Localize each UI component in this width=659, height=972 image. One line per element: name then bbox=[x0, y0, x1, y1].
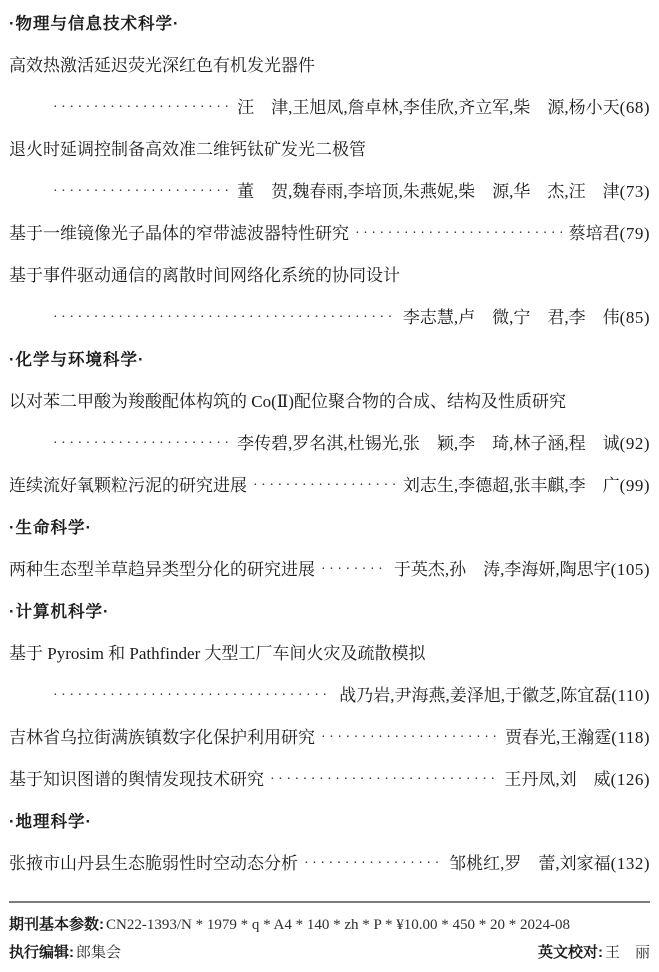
article-page-number: (132) bbox=[611, 853, 650, 875]
article-page-number: (118) bbox=[611, 727, 650, 749]
article-authors: 李志慧,卢 微,宁 君,李 伟 bbox=[403, 307, 620, 329]
article-authors: 蔡培君 bbox=[569, 223, 620, 245]
toc-entry: 基于知识图谱的舆情发现技术研究 王丹凤,刘 威 (126) bbox=[9, 769, 650, 791]
article-title: 吉林省乌拉街满族镇数字化保护利用研究 bbox=[9, 727, 315, 749]
article-title: 两种生态型羊草趋异类型分化的研究进展 bbox=[9, 559, 315, 581]
journal-toc-page: ·物理与信息技术科学· 高效热激活延迟荧光深红色有机发光器件 汪 津,王旭凤,詹… bbox=[0, 0, 659, 972]
article-title: 退火时延调控制备高效准二维钙钛矿发光二极管 bbox=[9, 139, 366, 161]
toc-entry: 吉林省乌拉街满族镇数字化保护利用研究 贾春光,王瀚霆 (118) bbox=[9, 727, 650, 749]
dot-leader bbox=[53, 95, 230, 119]
dot-leader bbox=[253, 473, 396, 497]
dot-leader bbox=[53, 179, 230, 203]
dot-leader bbox=[53, 305, 396, 329]
executive-editor: 执行编辑: 郎集会 bbox=[9, 941, 121, 962]
section-header-physics: ·物理与信息技术科学· bbox=[9, 13, 650, 35]
toc-entry-authors: 李传碧,罗名淇,杜锡光,张 颖,李 琦,林子涵,程 诚 (92) bbox=[9, 433, 650, 455]
toc-entry-authors: 战乃岩,尹海燕,姜泽旭,于徽芝,陈宜磊 (110) bbox=[9, 685, 650, 707]
section-header-label: ·地理科学· bbox=[9, 811, 92, 833]
section-header-chemistry: ·化学与环境科学· bbox=[9, 349, 650, 371]
section-header-geography: ·地理科学· bbox=[9, 811, 650, 833]
article-title: 张掖市山丹县生态脆弱性时空动态分析 bbox=[9, 853, 298, 875]
article-authors: 战乃岩,尹海燕,姜泽旭,于徽芝,陈宜磊 bbox=[339, 685, 611, 707]
section-header-label: ·计算机科学· bbox=[9, 601, 110, 623]
article-authors: 李传碧,罗名淇,杜锡光,张 颖,李 琦,林子涵,程 诚 bbox=[237, 433, 620, 455]
dot-leader bbox=[270, 767, 497, 791]
article-title: 基于知识图谱的舆情发现技术研究 bbox=[9, 769, 264, 791]
article-title: 连续流好氧颗粒污泥的研究进展 bbox=[9, 475, 247, 497]
toc-content: ·物理与信息技术科学· 高效热激活延迟荧光深红色有机发光器件 汪 津,王旭凤,詹… bbox=[0, 0, 659, 875]
executive-editor-label: 执行编辑: bbox=[9, 941, 74, 962]
article-page-number: (126) bbox=[611, 769, 650, 791]
footer-credits-row: 执行编辑: 郎集会 英文校对: 王 丽 bbox=[9, 941, 650, 962]
toc-entry-title: 以对苯二甲酸为羧酸配体构筑的 Co(Ⅱ)配位聚合物的合成、结构及性质研究 bbox=[9, 391, 650, 413]
toc-entry-authors: 李志慧,卢 微,宁 君,李 伟 (85) bbox=[9, 307, 650, 329]
dot-leader bbox=[53, 683, 332, 707]
article-page-number: (73) bbox=[620, 181, 650, 203]
dot-leader bbox=[53, 431, 230, 455]
article-authors: 王丹凤,刘 威 bbox=[504, 769, 610, 791]
toc-entry: 连续流好氧颗粒污泥的研究进展 刘志生,李德超,张丰麒,李 广 (99) bbox=[9, 475, 650, 497]
executive-editor-name: 郎集会 bbox=[76, 941, 121, 962]
section-header-computer-science: ·计算机科学· bbox=[9, 601, 650, 623]
english-proofreader-name: 王 丽 bbox=[605, 941, 650, 962]
section-header-label: ·生命科学· bbox=[9, 517, 92, 539]
english-proofreader: 英文校对: 王 丽 bbox=[538, 941, 650, 962]
toc-entry-title: 退火时延调控制备高效准二维钙钛矿发光二极管 bbox=[9, 139, 650, 161]
toc-entry-title: 高效热激活延迟荧光深红色有机发光器件 bbox=[9, 55, 650, 77]
article-title: 基于 Pyrosim 和 Pathfinder 大型工厂车间火灾及疏散模拟 bbox=[9, 643, 426, 665]
toc-entry-title: 基于 Pyrosim 和 Pathfinder 大型工厂车间火灾及疏散模拟 bbox=[9, 643, 650, 665]
dot-leader bbox=[304, 851, 442, 875]
article-title: 基于一维镜像光子晶体的窄带滤波器特性研究 bbox=[9, 223, 349, 245]
params-label: 期刊基本参数: bbox=[9, 913, 104, 934]
footer: 期刊基本参数: CN22-1393/N * 1979 * q * A4 * 14… bbox=[9, 901, 650, 962]
section-header-label: ·化学与环境科学· bbox=[9, 349, 145, 371]
article-authors: 董 贺,魏春雨,李培顶,朱燕妮,柴 源,华 杰,汪 津 bbox=[237, 181, 620, 203]
params-value: CN22-1393/N * 1979 * q * A4 * 140 * zh *… bbox=[106, 917, 570, 934]
article-page-number: (105) bbox=[611, 559, 650, 581]
journal-basic-params: 期刊基本参数: CN22-1393/N * 1979 * q * A4 * 14… bbox=[9, 913, 650, 934]
article-title: 以对苯二甲酸为羧酸配体构筑的 Co(Ⅱ)配位聚合物的合成、结构及性质研究 bbox=[9, 391, 566, 413]
toc-entry: 基于一维镜像光子晶体的窄带滤波器特性研究 蔡培君 (79) bbox=[9, 223, 650, 245]
toc-entry-title: 基于事件驱动通信的离散时间网络化系统的协同设计 bbox=[9, 265, 650, 287]
article-authors: 于英杰,孙 涛,李海妍,陶思宇 bbox=[394, 559, 611, 581]
article-authors: 汪 津,王旭凤,詹卓林,李佳欣,齐立军,柴 源,杨小天 bbox=[237, 97, 620, 119]
article-title: 高效热激活延迟荧光深红色有机发光器件 bbox=[9, 55, 315, 77]
article-page-number: (79) bbox=[620, 223, 650, 245]
toc-entry: 张掖市山丹县生态脆弱性时空动态分析 邹桃红,罗 蕾,刘家福 (132) bbox=[9, 853, 650, 875]
toc-entry: 两种生态型羊草趋异类型分化的研究进展 于英杰,孙 涛,李海妍,陶思宇 (105) bbox=[9, 559, 650, 581]
article-authors: 邹桃红,罗 蕾,刘家福 bbox=[449, 853, 611, 875]
article-page-number: (92) bbox=[620, 433, 650, 455]
article-authors: 贾春光,王瀚霆 bbox=[505, 727, 611, 749]
section-header-label: ·物理与信息技术科学· bbox=[9, 13, 180, 35]
article-title: 基于事件驱动通信的离散时间网络化系统的协同设计 bbox=[9, 265, 400, 287]
dot-leader bbox=[355, 221, 562, 245]
article-page-number: (110) bbox=[611, 685, 650, 707]
dot-leader bbox=[321, 557, 387, 581]
english-proofreader-label: 英文校对: bbox=[538, 941, 603, 962]
dot-leader bbox=[321, 725, 498, 749]
article-authors: 刘志生,李德超,张丰麒,李 广 bbox=[403, 475, 620, 497]
article-page-number: (99) bbox=[620, 475, 650, 497]
article-page-number: (68) bbox=[620, 97, 650, 119]
article-page-number: (85) bbox=[620, 307, 650, 329]
toc-entry-authors: 汪 津,王旭凤,詹卓林,李佳欣,齐立军,柴 源,杨小天 (68) bbox=[9, 97, 650, 119]
toc-entry-authors: 董 贺,魏春雨,李培顶,朱燕妮,柴 源,华 杰,汪 津 (73) bbox=[9, 181, 650, 203]
section-header-life-science: ·生命科学· bbox=[9, 517, 650, 539]
